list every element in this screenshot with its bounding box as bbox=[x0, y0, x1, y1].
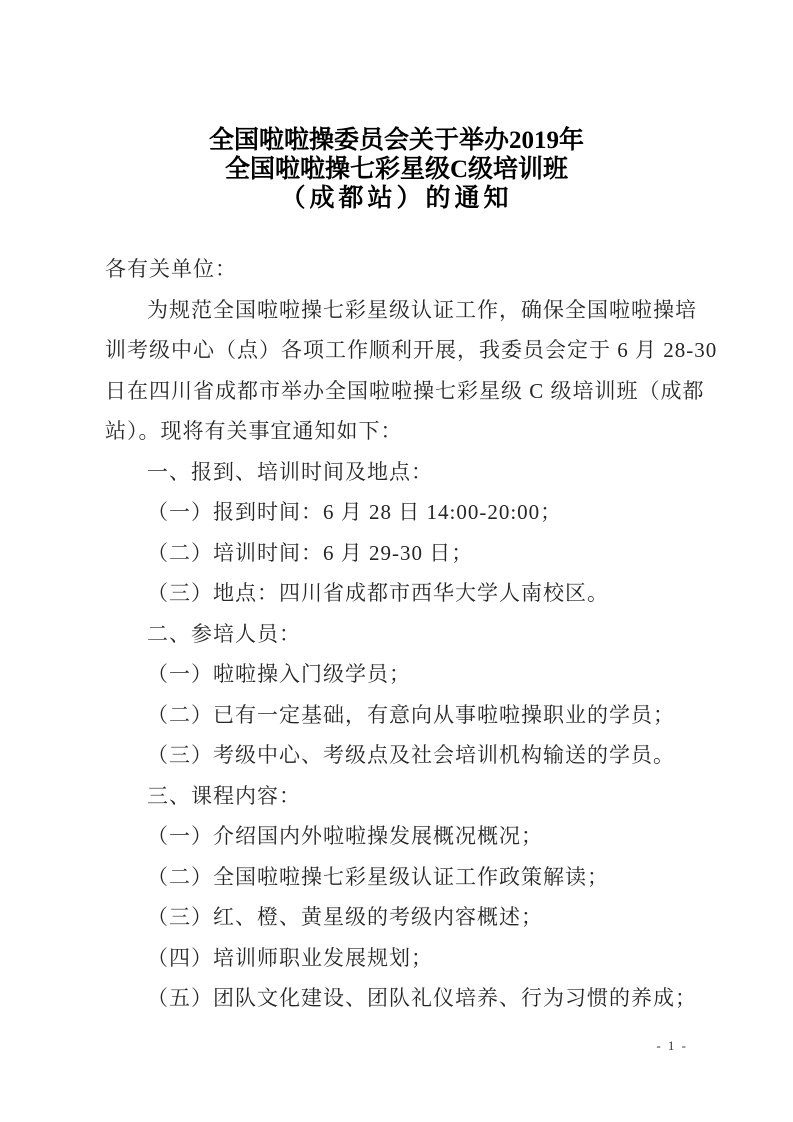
body-line-section-2-heading: 二、参培人员： bbox=[105, 614, 688, 655]
body-line-section-1-item-1: （一）报到时间：6 月 28 日 14:00-20:00； bbox=[105, 492, 688, 533]
body-line-section-2-item-3: （三）考级中心、考级点及社会培训机构输送的学员。 bbox=[105, 735, 688, 776]
body-line-intro-3: 日在四川省成都市举办全国啦啦操七彩星级 C 级培训班（成都 bbox=[105, 371, 688, 412]
document-body: 各有关单位： 为规范全国啦啦操七彩星级认证工作，确保全国啦啦操培 训考级中心（点… bbox=[0, 249, 793, 1019]
body-line-section-1-item-2: （二）培训时间：6 月 29-30 日； bbox=[105, 533, 688, 574]
document-title-line-3: （成都站）的通知 bbox=[0, 184, 793, 213]
body-line-section-1-heading: 一、报到、培训时间及地点： bbox=[105, 452, 688, 493]
document-page: 全国啦啦操委员会关于举办2019年 全国啦啦操七彩星级C级培训班 （成都站）的通… bbox=[0, 0, 793, 1122]
body-line-section-3-item-5: （五）团队文化建设、团队礼仪培养、行为习惯的养成； bbox=[105, 978, 688, 1019]
body-line-section-3-item-1: （一）介绍国内外啦啦操发展概况概况； bbox=[105, 816, 688, 857]
body-line-intro-2: 训考级中心（点）各项工作顺利开展，我委员会定于 6 月 28-30 bbox=[105, 330, 688, 371]
document-title: 全国啦啦操委员会关于举办2019年 全国啦啦操七彩星级C级培训班 （成都站）的通… bbox=[0, 0, 793, 213]
page-number: - 1 - bbox=[656, 1038, 688, 1054]
body-line-intro-4: 站）。现将有关事宜通知如下： bbox=[105, 411, 688, 452]
body-line-section-3-heading: 三、课程内容： bbox=[105, 776, 688, 817]
body-line-section-1-item-3: （三）地点：四川省成都市西华大学人南校区。 bbox=[105, 573, 688, 614]
body-line-section-3-item-4: （四）培训师职业发展规划； bbox=[105, 938, 688, 979]
body-line-section-2-item-2: （二）已有一定基础，有意向从事啦啦操职业的学员； bbox=[105, 695, 688, 736]
body-line-section-3-item-2: （二）全国啦啦操七彩星级认证工作政策解读； bbox=[105, 857, 688, 898]
body-line-intro-1: 为规范全国啦啦操七彩星级认证工作，确保全国啦啦操培 bbox=[105, 290, 688, 331]
body-line-salutation: 各有关单位： bbox=[105, 249, 688, 290]
body-line-section-2-item-1: （一）啦啦操入门级学员； bbox=[105, 654, 688, 695]
body-line-section-3-item-3: （三）红、橙、黄星级的考级内容概述； bbox=[105, 897, 688, 938]
document-title-line-2: 全国啦啦操七彩星级C级培训班 bbox=[0, 155, 793, 184]
document-title-line-1: 全国啦啦操委员会关于举办2019年 bbox=[0, 126, 793, 155]
